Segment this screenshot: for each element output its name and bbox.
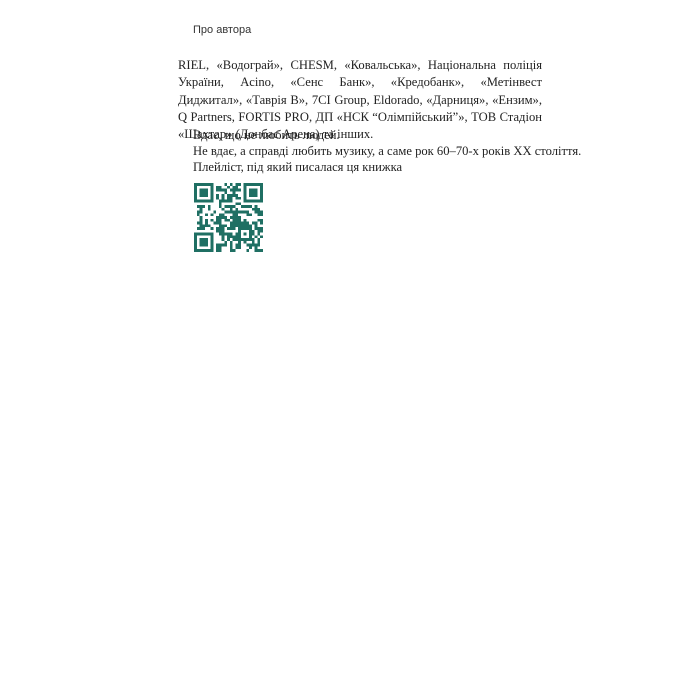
note-line-2: Не вдає, а справді любить музику, а саме… bbox=[193, 143, 553, 159]
running-head: Про автора bbox=[193, 24, 251, 36]
book-page: Про автора RIEL, «Водограй», CHESM, «Ков… bbox=[0, 0, 700, 700]
author-notes: Вдає, що не любить людей. Не вдає, а спр… bbox=[193, 127, 553, 176]
note-line-3: Плейліст, під який писалася ця книжка bbox=[193, 159, 553, 175]
qr-code-icon[interactable] bbox=[194, 183, 263, 252]
note-line-1: Вдає, що не любить людей. bbox=[193, 127, 553, 143]
